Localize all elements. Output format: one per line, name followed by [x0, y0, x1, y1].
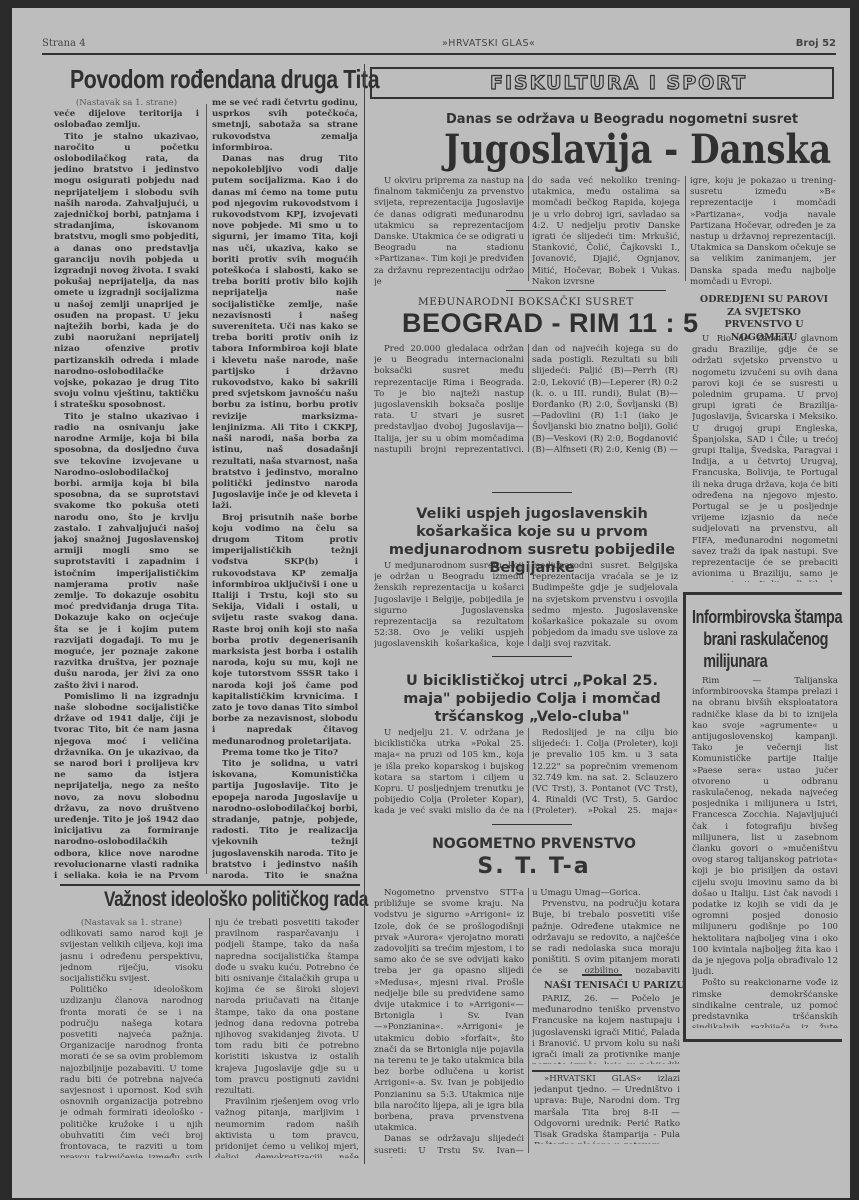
- cycling-col-1: U nedjelju 21. V. održana je biciklistič…: [374, 728, 524, 818]
- football-col-2: do sada već nekoliko trening-utakmica, m…: [532, 176, 680, 286]
- stt-col-1: Nogometno prvenstvo STT-a približuje se …: [374, 888, 524, 1158]
- column-divider: [528, 888, 529, 1153]
- separator-rule: [506, 290, 666, 291]
- newspaper-name: »HRVATSKI GLAS«: [442, 38, 535, 49]
- tennis-text: PARIZ, 26. — Počelo je međunarodno teniš…: [532, 994, 680, 1064]
- football-headline: Jugoslavija - Danska: [444, 126, 831, 173]
- page-header: Strana 4 »HRVATSKI GLAS« Broj 52: [42, 38, 836, 52]
- vaznost-col-1: (Nastavak sa 1. strane) odlikovati samo …: [60, 918, 203, 1158]
- tennis-headline: NAŠI TENISAČI U PARIZU: [544, 980, 685, 991]
- tito-col-2: me se već radi četvrtu godinu, usprkos s…: [212, 98, 358, 878]
- cycling-col-2: Redoslijed je na cilju bio slijedeći: 1.…: [532, 728, 678, 818]
- informbiro-text: Rim — Talijanska informbiroovska štampa …: [692, 676, 838, 1028]
- football-kicker: Danas se održava u Beogradu nogometni su…: [446, 112, 798, 127]
- stt-kicker: NOGOMETNO PRVENSTVO: [384, 836, 684, 852]
- vaznost-headline: Važnost ideološko političkog rada: [104, 888, 368, 912]
- football-col-3: igre, koju je pokazao u trening-susretu …: [690, 176, 836, 286]
- tito-col-1: (Nastavak sa 1. strane) veće dijelove te…: [54, 98, 199, 878]
- newspaper-page: Strana 4 »HRVATSKI GLAS« Broj 52 Povodom…: [12, 8, 850, 1198]
- page-number: Strana 4: [42, 38, 86, 49]
- column-divider: [528, 176, 529, 281]
- column-divider: [685, 176, 686, 281]
- separator-rule: [492, 492, 572, 493]
- cycling-headline: U biciklističkoj utrci „Pokal 25. maja" …: [382, 672, 682, 726]
- basketball-col-2: medjunarodni susret. Belgijska reprezent…: [532, 561, 678, 651]
- separator-rule: [492, 824, 572, 825]
- football-col-1: U okviru priprema za nastup na finalnom …: [374, 176, 524, 286]
- separator-rule: [582, 974, 622, 976]
- column-divider: [528, 561, 529, 646]
- column-divider: [206, 104, 207, 874]
- issue-number: Broj 52: [796, 38, 836, 49]
- column-divider: [528, 344, 529, 452]
- boxing-headline: BEOGRAD - RIM 11 : 5: [402, 308, 699, 339]
- section-banner-box: FISKULTURA I SPORT: [370, 67, 834, 99]
- boxing-kicker: MEĐUNARODNI BOKSAČKI SUSRET: [418, 296, 634, 308]
- basketball-col-1: U medjunarodnom susretu, koji je održan …: [374, 561, 524, 651]
- informbiro-headline: Informbirovska štampa brani raskulačenog…: [692, 606, 842, 672]
- worldcup-text: U Rio de Zaneiru, glavnom gradu Brazilij…: [692, 334, 838, 582]
- impressum: »HRVATSKI GLAS« izlazi jedanput tjedno. …: [534, 1074, 680, 1144]
- section-banner-title: FISKULTURA I SPORT: [482, 72, 755, 94]
- stt-headline: S. T. T-a: [384, 854, 684, 879]
- column-divider: [528, 728, 529, 813]
- tito-headline: Povodom rođendana druga Tita: [70, 64, 379, 95]
- boxing-col-2: dan od najvećih kojega su do sada postig…: [532, 344, 678, 456]
- tito-bottom-rule: [60, 884, 360, 886]
- boxing-col-1: Pred 20.000 gledalaca održan je u Beogra…: [374, 344, 524, 456]
- stt-col-2: u Umagu Umag—Gorica. Prvenstvu, na podru…: [532, 888, 680, 973]
- header-rule: [42, 53, 836, 55]
- separator-rule: [492, 656, 572, 657]
- vaznost-col-2: nju će trebati posvetiti također praviln…: [215, 918, 359, 1158]
- impressum-rule: [532, 1070, 680, 1072]
- column-divider: [209, 918, 210, 1158]
- page-column-divider: [364, 64, 365, 1164]
